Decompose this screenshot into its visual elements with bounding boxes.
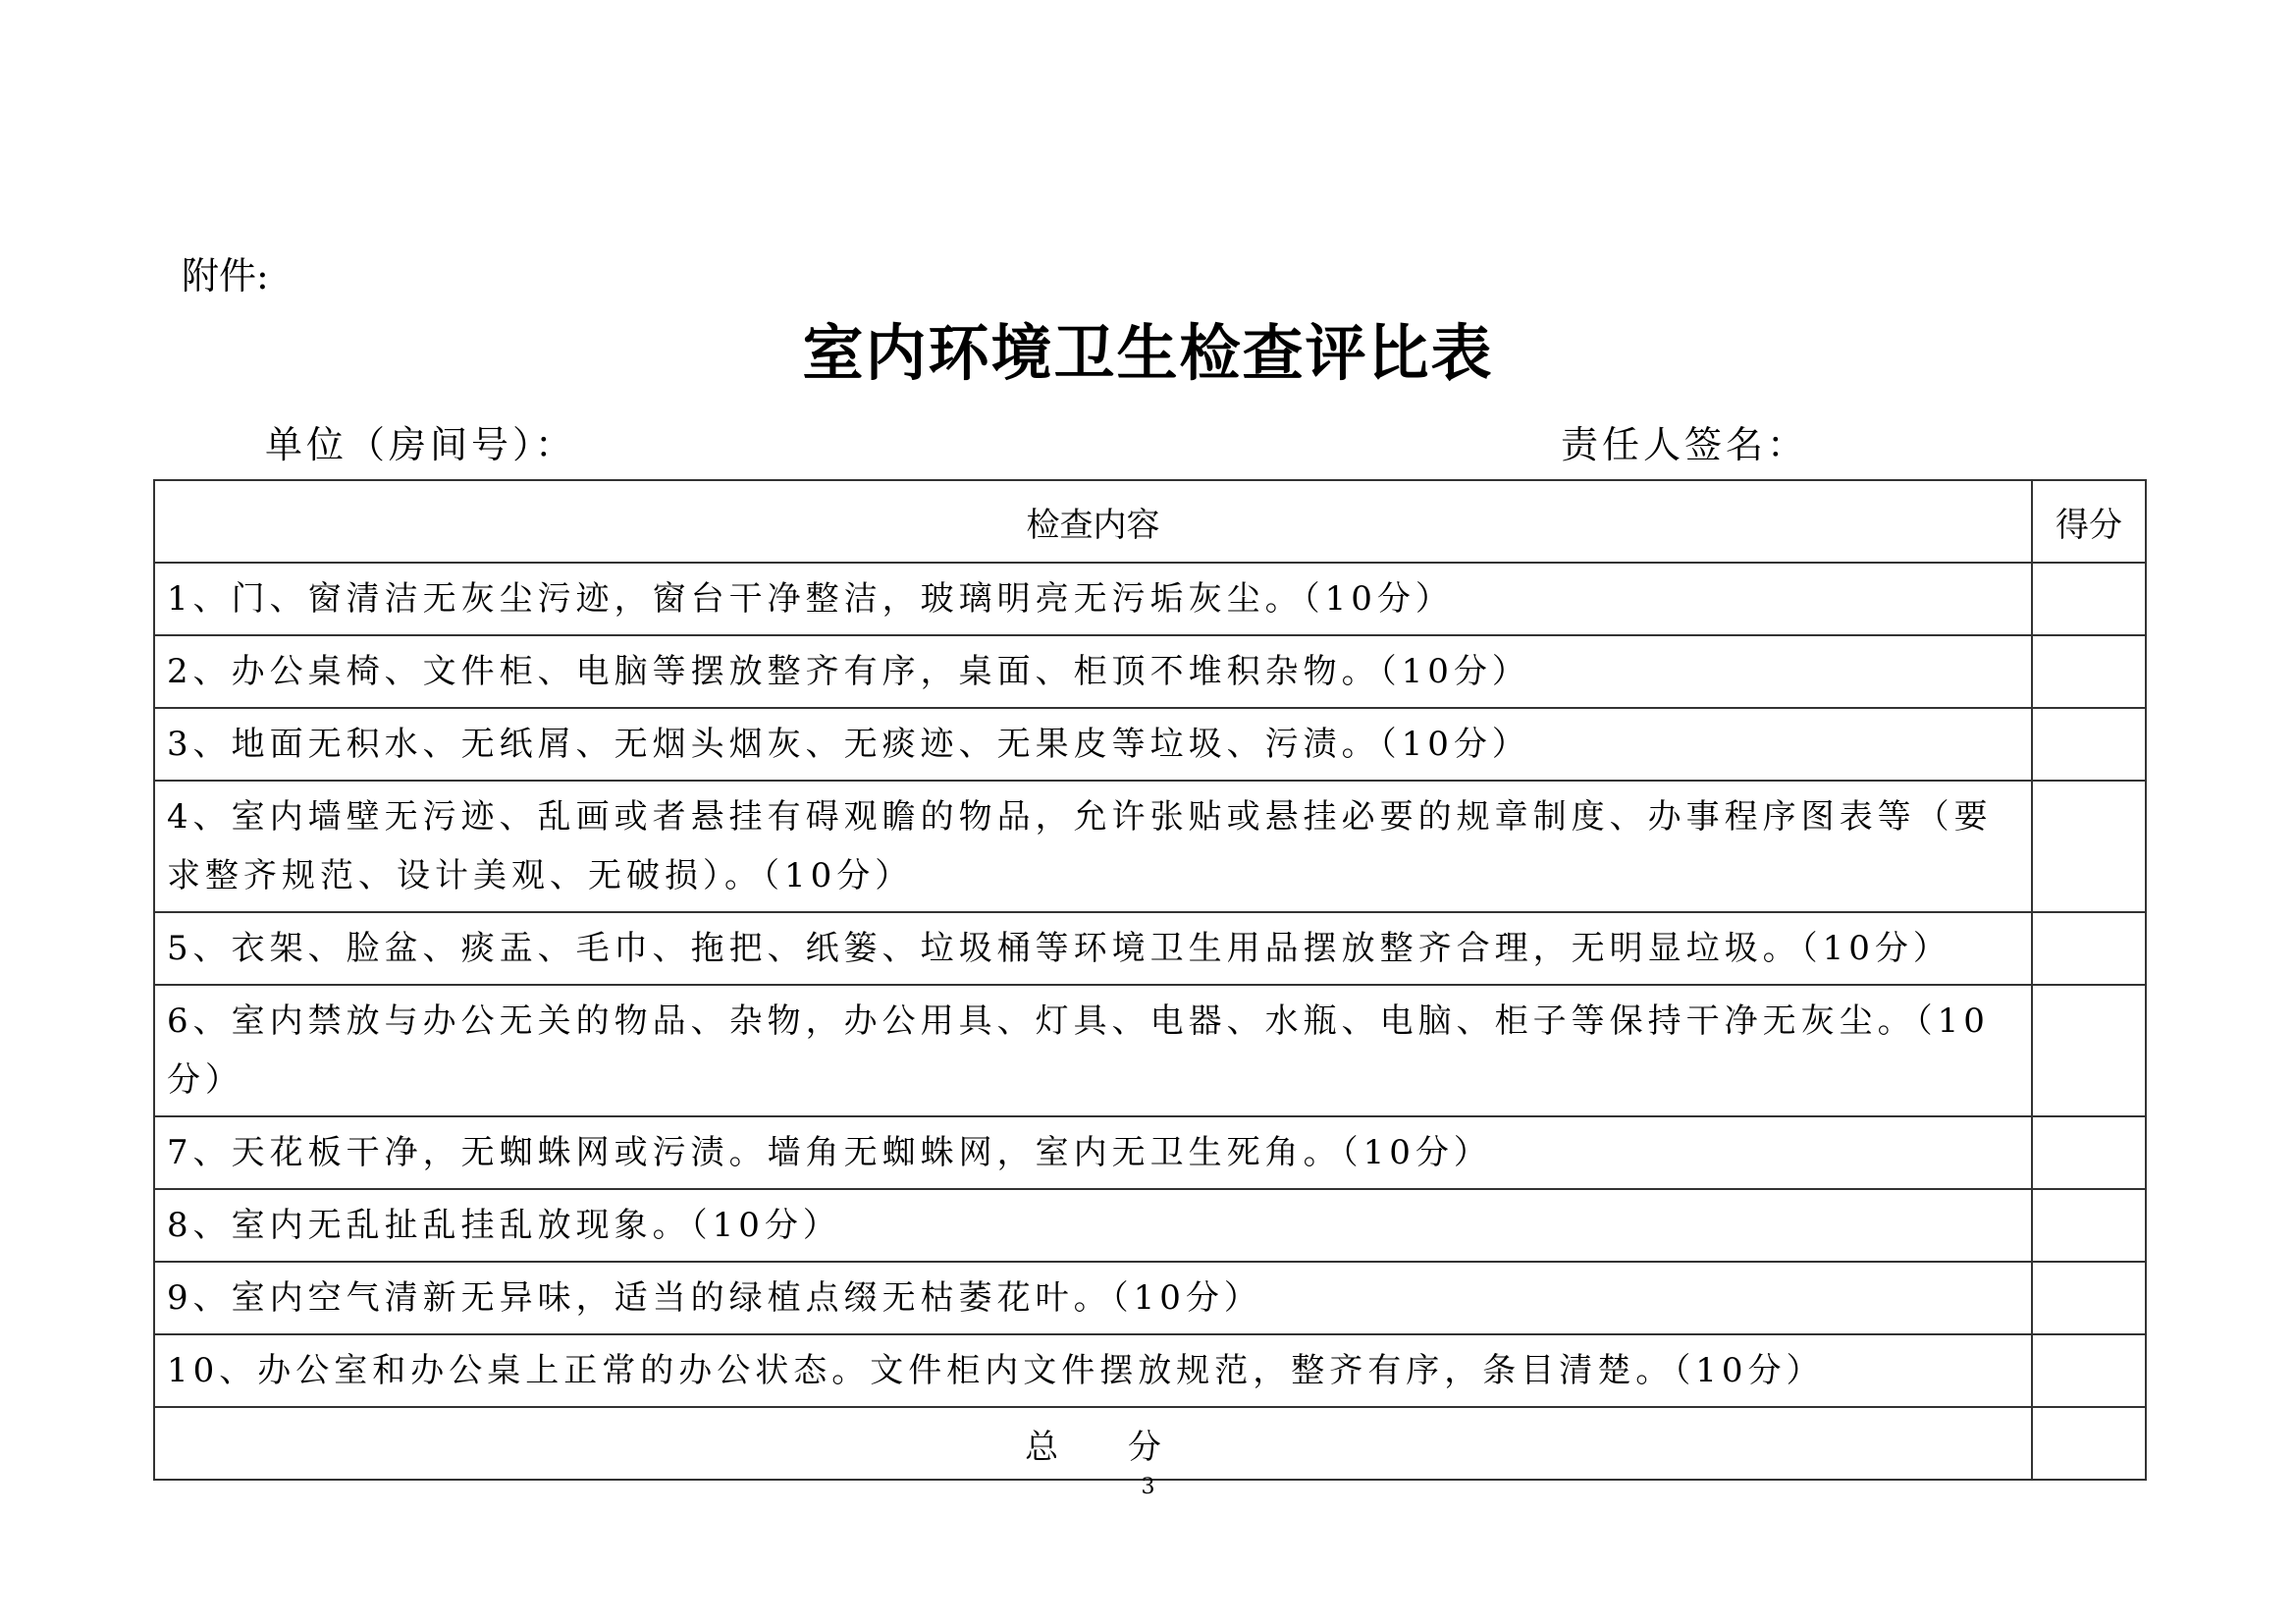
header-content: 检查内容 [154,480,2032,563]
score-cell[interactable] [2032,708,2146,781]
table-row: 3、地面无积水、无纸屑、无烟头烟灰、无痰迹、无果皮等垃圾、污渍。（10分） [154,708,2146,781]
total-row: 总 分 [154,1407,2146,1480]
page-number: 3 [0,1475,2296,1499]
table-row: 2、办公桌椅、文件柜、电脑等摆放整齐有序，桌面、柜顶不堆积杂物。（10分） [154,635,2146,708]
table-row: 8、室内无乱扯乱挂乱放现象。（10分） [154,1189,2146,1262]
item-text: 3、地面无积水、无纸屑、无烟头烟灰、无痰迹、无果皮等垃圾、污渍。（10分） [154,708,2032,781]
item-text: 7、天花板干净，无蜘蛛网或污渍。墙角无蜘蛛网，室内无卫生死角。（10分） [154,1116,2032,1189]
table-row: 10、办公室和办公桌上正常的办公状态。文件柜内文件摆放规范，整齐有序，条目清楚。… [154,1334,2146,1407]
score-cell[interactable] [2032,985,2146,1116]
table-row: 5、衣架、脸盆、痰盂、毛巾、拖把、纸篓、垃圾桶等环境卫生用品摆放整齐合理，无明显… [154,912,2146,985]
score-cell[interactable] [2032,635,2146,708]
score-cell[interactable] [2032,1334,2146,1407]
header-score: 得分 [2032,480,2146,563]
item-text: 2、办公桌椅、文件柜、电脑等摆放整齐有序，桌面、柜顶不堆积杂物。（10分） [154,635,2032,708]
score-cell[interactable] [2032,781,2146,912]
item-text: 6、室内禁放与办公无关的物品、杂物，办公用具、灯具、电器、水瓶、电脑、柜子等保持… [154,985,2032,1116]
item-text: 4、室内墙壁无污迹、乱画或者悬挂有碍观瞻的物品，允许张贴或悬挂必要的规章制度、办… [154,781,2032,912]
score-cell[interactable] [2032,1189,2146,1262]
table-row: 1、门、窗清洁无灰尘污迹，窗台干净整洁，玻璃明亮无污垢灰尘。（10分） [154,563,2146,635]
score-cell[interactable] [2032,1116,2146,1189]
table-row: 4、室内墙壁无污迹、乱画或者悬挂有碍观瞻的物品，允许张贴或悬挂必要的规章制度、办… [154,781,2146,912]
item-text: 9、室内空气清新无异味，适当的绿植点缀无枯萎花叶。（10分） [154,1262,2032,1334]
item-text: 8、室内无乱扯乱挂乱放现象。（10分） [154,1189,2032,1262]
item-text: 10、办公室和办公桌上正常的办公状态。文件柜内文件摆放规范，整齐有序，条目清楚。… [154,1334,2032,1407]
total-score-cell[interactable] [2032,1407,2146,1480]
table-row: 7、天花板干净，无蜘蛛网或污渍。墙角无蜘蛛网，室内无卫生死角。（10分） [154,1116,2146,1189]
page-title: 室内环境卫生检查评比表 [0,304,2296,392]
item-text: 1、门、窗清洁无灰尘污迹，窗台干净整洁，玻璃明亮无污垢灰尘。（10分） [154,563,2032,635]
total-label: 总 分 [154,1407,2032,1480]
table-row: 9、室内空气清新无异味，适当的绿植点缀无枯萎花叶。（10分） [154,1262,2146,1334]
table-header-row: 检查内容 得分 [154,480,2146,563]
table-row: 6、室内禁放与办公无关的物品、杂物，办公用具、灯具、电器、水瓶、电脑、柜子等保持… [154,985,2146,1116]
inspection-table: 检查内容 得分 1、门、窗清洁无灰尘污迹，窗台干净整洁，玻璃明亮无污垢灰尘。（1… [153,479,2147,1481]
attachment-label: 附件: [182,245,269,299]
score-cell[interactable] [2032,563,2146,635]
unit-room-label: 单位（房间号）： [265,414,576,468]
signature-label: 责任人签名： [1561,414,1808,468]
item-text: 5、衣架、脸盆、痰盂、毛巾、拖把、纸篓、垃圾桶等环境卫生用品摆放整齐合理，无明显… [154,912,2032,985]
score-cell[interactable] [2032,1262,2146,1334]
score-cell[interactable] [2032,912,2146,985]
